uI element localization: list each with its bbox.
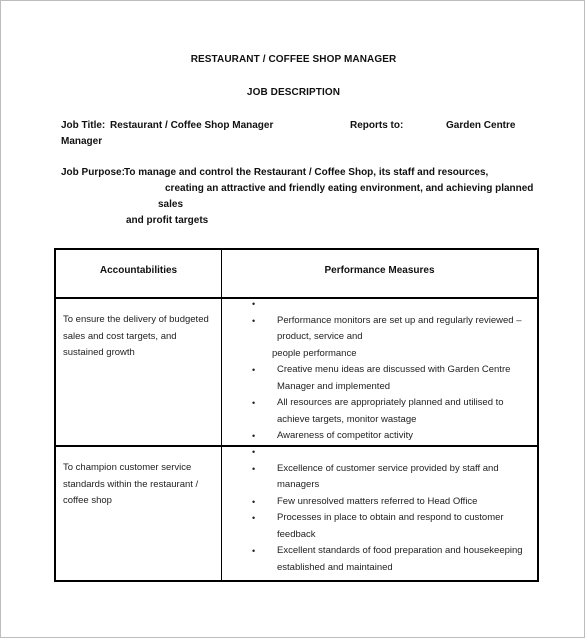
bullet-icon: •: [252, 444, 255, 461]
bullet-icon: •: [252, 296, 255, 313]
measure-text: Creative menu ideas are discussed with G…: [277, 362, 535, 395]
header-performance-measures: Performance Measures: [222, 265, 537, 276]
measure-continuation: people performance: [272, 346, 357, 363]
accountability-text: To champion customer servicestandards wi…: [63, 460, 213, 510]
reports-to-label: Reports to:: [350, 120, 403, 131]
bullet-icon: •: [252, 494, 255, 511]
bullet-icon: •: [252, 461, 255, 478]
measure-text: Awareness of competitor activity: [277, 428, 535, 445]
job-purpose-line: sales: [158, 199, 183, 210]
measure-text: Excellent standards of food preparation …: [277, 543, 535, 576]
accountabilities-table: Accountabilities Performance Measures To…: [54, 248, 539, 582]
bullet-icon: •: [252, 395, 255, 412]
job-purpose-line: To manage and control the Restaurant / C…: [124, 167, 488, 178]
job-title-value: Restaurant / Coffee Shop Manager: [110, 120, 273, 131]
measure-text: [277, 444, 535, 461]
measure-text: Processes in place to obtain and respond…: [277, 510, 535, 543]
measure-text: [277, 296, 535, 313]
job-purpose-line: creating an attractive and friendly eati…: [165, 183, 533, 194]
measure-text: Few unresolved matters referred to Head …: [277, 494, 535, 511]
measure-text: All resources are appropriately planned …: [277, 395, 535, 428]
document-heading: RESTAURANT / COFFEE SHOP MANAGER: [1, 54, 585, 65]
measure-text: Excellence of customer service provided …: [277, 461, 535, 494]
bullet-icon: •: [252, 543, 255, 560]
bullet-icon: •: [252, 510, 255, 527]
job-purpose-line: and profit targets: [126, 215, 208, 226]
column-divider: [221, 250, 222, 580]
reports-to-value-cont: Manager: [61, 136, 102, 147]
header-accountabilities: Accountabilities: [56, 265, 221, 276]
job-title-label: Job Title:: [61, 120, 105, 131]
bullet-icon: •: [252, 362, 255, 379]
accountability-text: To ensure the delivery of budgetedsales …: [63, 312, 213, 362]
measure-text: Performance monitors are set up and regu…: [277, 313, 535, 346]
bullet-icon: •: [252, 313, 255, 330]
document-page: RESTAURANT / COFFEE SHOP MANAGER JOB DES…: [0, 0, 585, 638]
job-purpose-label: Job Purpose:: [61, 167, 125, 178]
bullet-icon: •: [252, 428, 255, 445]
document-subheading: JOB DESCRIPTION: [1, 87, 585, 98]
reports-to-value: Garden Centre: [446, 120, 515, 131]
